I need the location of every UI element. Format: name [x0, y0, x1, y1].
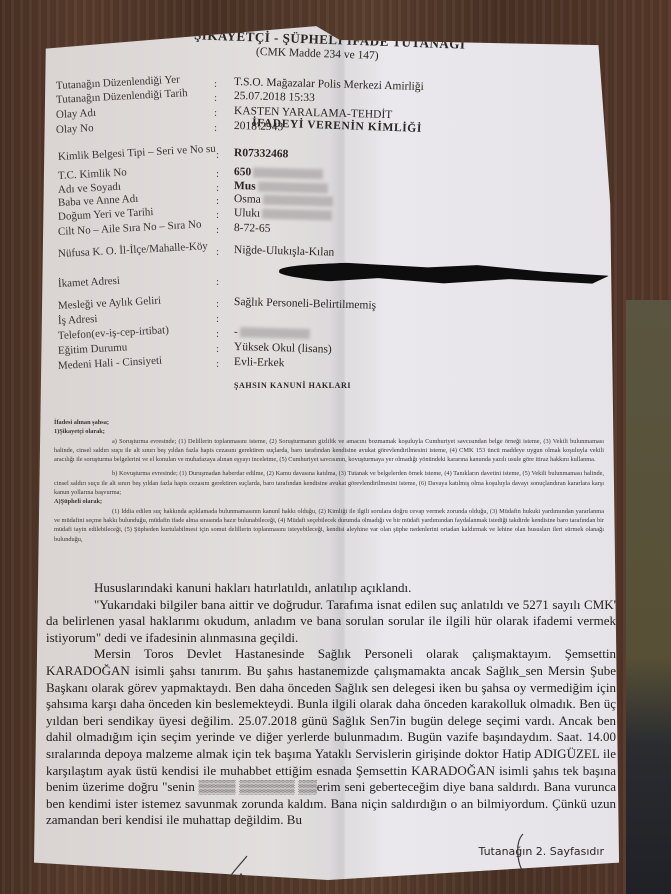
field-value: 25.07.2018 15:33 [234, 90, 315, 104]
field-label: T.C. Kimlik No [58, 166, 127, 182]
redaction-blur [263, 195, 333, 207]
rights-heading: ŞAHSIN KANUNİ HAKLARI [234, 381, 351, 390]
field-value-text: Yüksek Okul (lisans) [234, 341, 332, 356]
suspect-heading: A)Şüpheli olarak; [54, 497, 604, 506]
field-value: 8-72-65 [234, 222, 271, 235]
field-separator: : [214, 78, 217, 90]
field-value: Evli-Erkek [234, 356, 285, 369]
field-label: İş Adresi [58, 313, 98, 327]
field-separator: : [216, 358, 219, 370]
field-value-text: 25.07.2018 15:33 [234, 90, 315, 104]
redaction-blur [240, 328, 310, 340]
field-value: 650 [234, 166, 324, 180]
table-edge [626, 300, 671, 894]
complainant-rights-b: b) Kovuşturma evresinde; (1) Duruşmadan … [54, 469, 604, 497]
rights-intro: İfadesi alınan şahsa; [54, 418, 604, 427]
suspect-rights: (1) İddia edilen suç hakkında açıklamada… [54, 507, 604, 544]
field-label: Telefon(ev-iş-cep-irtibat) [58, 324, 169, 342]
field-label: Olay No [56, 122, 94, 136]
field-label: Kimlik Belgesi Tipi – Seri ve No su [58, 143, 216, 163]
field-value-text: Evli-Erkek [234, 356, 285, 369]
field-label: Nüfusa K. O. İl-İlçe/Mahalle-Köy [58, 240, 208, 260]
field-value: Niğde-Ulukışla-Kılan [234, 244, 335, 259]
field-value: Ulukı [234, 207, 332, 222]
field-separator: : [216, 149, 219, 161]
complainant-heading: 1)Şikayetçi olarak; [54, 427, 604, 436]
field-value: Sağlık Personeli-Belirtilmemiş [234, 296, 376, 312]
field-value-text: Mus [234, 180, 256, 193]
field-separator: : [214, 92, 217, 104]
field-value-text: Sağlık Personeli-Belirtilmemiş [234, 296, 376, 312]
legal-rights-section: İfadesi alınan şahsa; 1)Şikayetçi olarak… [54, 418, 604, 544]
field-value: Osma [234, 193, 333, 208]
field-value-text: R07332468 [234, 147, 289, 160]
field-label: Medeni Hali - Cinsiyeti [58, 355, 163, 372]
field-separator: : [216, 343, 219, 355]
redaction-blur [262, 209, 332, 221]
field-separator: : [216, 328, 219, 340]
field-value-text: 8-72-65 [234, 222, 271, 235]
field-label: Olay Adı [56, 107, 97, 121]
field-separator: : [214, 107, 217, 119]
complainant-rights-a: a) Soruşturma evresinde; (1) Delillerin … [54, 437, 604, 465]
field-value: Yüksek Okul (lisans) [234, 341, 332, 356]
field-label: Eğitim Durumu [58, 341, 128, 357]
field-value: Mus [234, 180, 328, 194]
field-separator: : [216, 182, 219, 194]
field-value: R07332468 [234, 147, 289, 160]
field-label: İkamet Adresi [58, 275, 121, 290]
field-separator: : [216, 246, 219, 258]
redaction-blur [258, 182, 328, 194]
field-value-text: 650 [234, 166, 252, 178]
field-value-text: Ulukı [234, 207, 261, 220]
field-value: - [234, 326, 310, 340]
field-separator: : [214, 122, 217, 134]
field-separator: : [216, 298, 219, 310]
field-value-text: - [234, 326, 238, 338]
field-separator: : [216, 209, 219, 221]
body-paragraph: Hususlarındaki kanuni hakları hatırlatıl… [46, 580, 616, 597]
statement-body: Hususlarındaki kanuni hakları hatırlatıl… [46, 580, 616, 829]
field-separator: : [216, 313, 219, 325]
field-value-text: Niğde-Ulukışla-Kılan [234, 244, 335, 259]
redaction-blur [253, 168, 323, 180]
statement-document: 2018/2943 ŞİKAYETÇİ - ŞÜPHELİ İFADE TUTA… [34, 14, 622, 880]
field-separator: : [216, 276, 219, 288]
field-separator: : [216, 168, 219, 180]
field-separator: : [216, 195, 219, 207]
body-paragraph: Mersin Toros Devlet Hastanesinde Sağlık … [46, 646, 616, 829]
field-separator: : [216, 224, 219, 236]
field-label: Doğum Yeri ve Tarihi [58, 206, 154, 223]
field-label: Mesleği ve Aylık Geliri [58, 295, 162, 312]
body-paragraph: "Yukarıdaki bilgiler bana aittir ve doğr… [46, 597, 616, 647]
field-value-text: Osma [234, 193, 261, 206]
